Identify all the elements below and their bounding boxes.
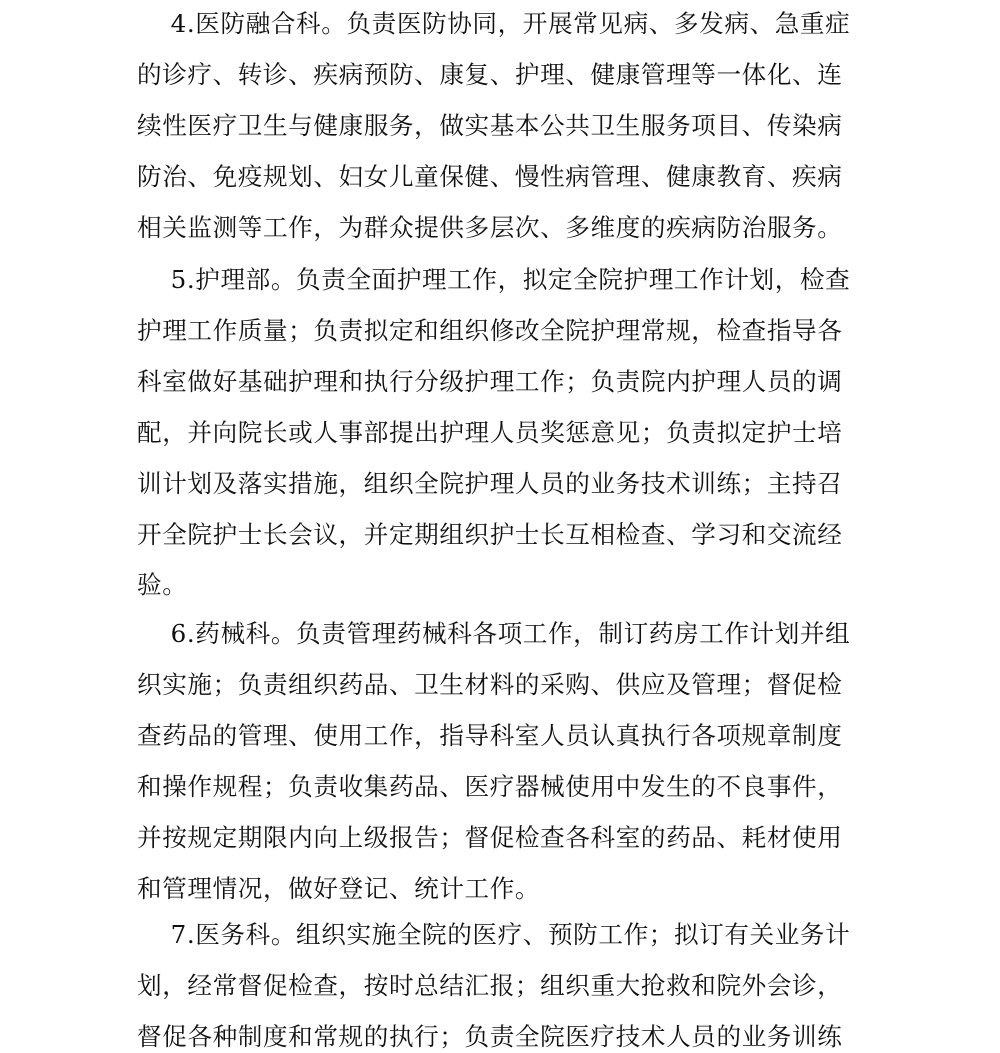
text-line: 的诊疗、转诊、疾病预防、康复、护理、健康管理等一体化、连: [137, 58, 877, 92]
text-line: 5.护理部。负责全面护理工作，拟定全院护理工作计划，检查: [137, 263, 877, 297]
text-line: 训计划及落实措施，组织全院护理人员的业务技术训练；主持召: [137, 467, 877, 501]
text-line: 相关监测等工作，为群众提供多层次、多维度的疾病防治服务。: [137, 211, 877, 245]
text-line: 7.医务科。组织实施全院的医疗、预防工作；拟订有关业务计: [137, 918, 877, 952]
text-line: 划，经常督促检查，按时总结汇报；组织重大抢救和院外会诊，: [137, 969, 877, 1003]
text-line: 4.医防融合科。负责医防协同，开展常见病、多发病、急重症: [137, 7, 877, 41]
text-line: 并按规定期限内向上级报告；督促检查各科室的药品、耗材使用: [137, 821, 877, 855]
text-line: 和管理情况，做好登记、统计工作。: [137, 872, 877, 906]
text-line: 查药品的管理、使用工作，指导科室人员认真执行各项规章制度: [137, 719, 877, 753]
text-line: 科室做好基础护理和执行分级护理工作；负责院内护理人员的调: [137, 365, 877, 399]
text-line: 督促各种制度和常规的执行；负责全院医疗技术人员的业务训练: [137, 1020, 877, 1053]
text-line: 开全院护士长会议，并定期组织护士长互相检查、学习和交流经: [137, 518, 877, 552]
text-line: 防治、免疫规划、妇女儿童保健、慢性病管理、健康教育、疾病: [137, 160, 877, 194]
text-line: 护理工作质量；负责拟定和组织修改全院护理常规，检查指导各: [137, 314, 877, 348]
text-line: 验。: [137, 568, 877, 602]
text-line: 配，并向院长或人事部提出护理人员奖惩意见；负责拟定护士培: [137, 416, 877, 450]
text-line: 6.药械科。负责管理药械科各项工作，制订药房工作计划并组: [137, 617, 877, 651]
text-line: 续性医疗卫生与健康服务，做实基本公共卫生服务项目、传染病: [137, 109, 877, 143]
text-line: 和操作规程；负责收集药品、医疗器械使用中发生的不良事件，: [137, 770, 877, 804]
text-line: 织实施；负责组织药品、卫生材料的采购、供应及管理；督促检: [137, 668, 877, 702]
